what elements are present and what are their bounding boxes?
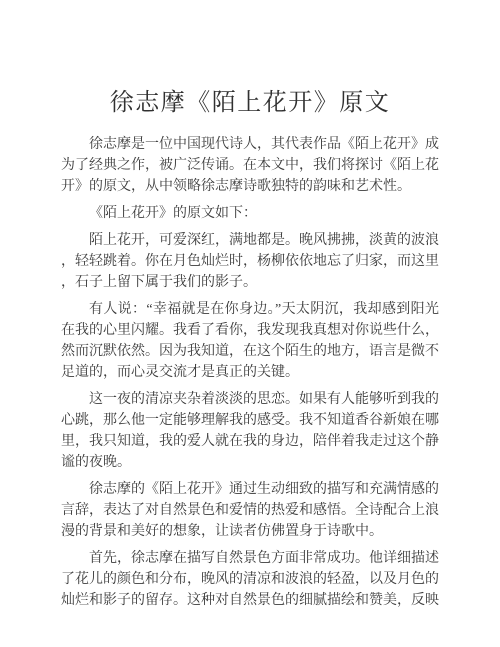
- paragraph: 这一夜的清凉夹杂着淡淡的思恋。如果有人能够听到我的心跳，那么他一定能够理解我的感…: [61, 389, 439, 473]
- document-title: 徐志摩《陌上花开》原文: [61, 82, 439, 117]
- paragraph: 徐志摩的《陌上花开》通过生动细致的描写和充满情感的言辞，表达了对自然景色和爱情的…: [61, 479, 439, 542]
- paragraph: 陌上花开，可爱深红，满地都是。晚风拂拂，淡黄的波浪，轻轻跳着。你在月色灿烂时，杨…: [61, 230, 439, 293]
- paragraph: 徐志摩是一位中国现代诗人，其代表作品《陌上花开》成为了经典之作，被广泛传诵。在本…: [61, 134, 439, 197]
- paragraph: 首先，徐志摩在描写自然景色方面非常成功。他详细描述了花儿的颜色和分布，晚风的清凉…: [61, 548, 439, 611]
- document-body: 徐志摩是一位中国现代诗人，其代表作品《陌上花开》成为了经典之作，被广泛传诵。在本…: [61, 134, 439, 611]
- paragraph: 《陌上花开》的原文如下：: [61, 203, 439, 224]
- document-page: 徐志摩《陌上花开》原文 徐志摩是一位中国现代诗人，其代表作品《陌上花开》成为了经…: [0, 0, 500, 647]
- paragraph: 有人说：“幸福就是在你身边。”天太阴沉，我却感到阳光在我的心里闪耀。我看了看你，…: [61, 299, 439, 383]
